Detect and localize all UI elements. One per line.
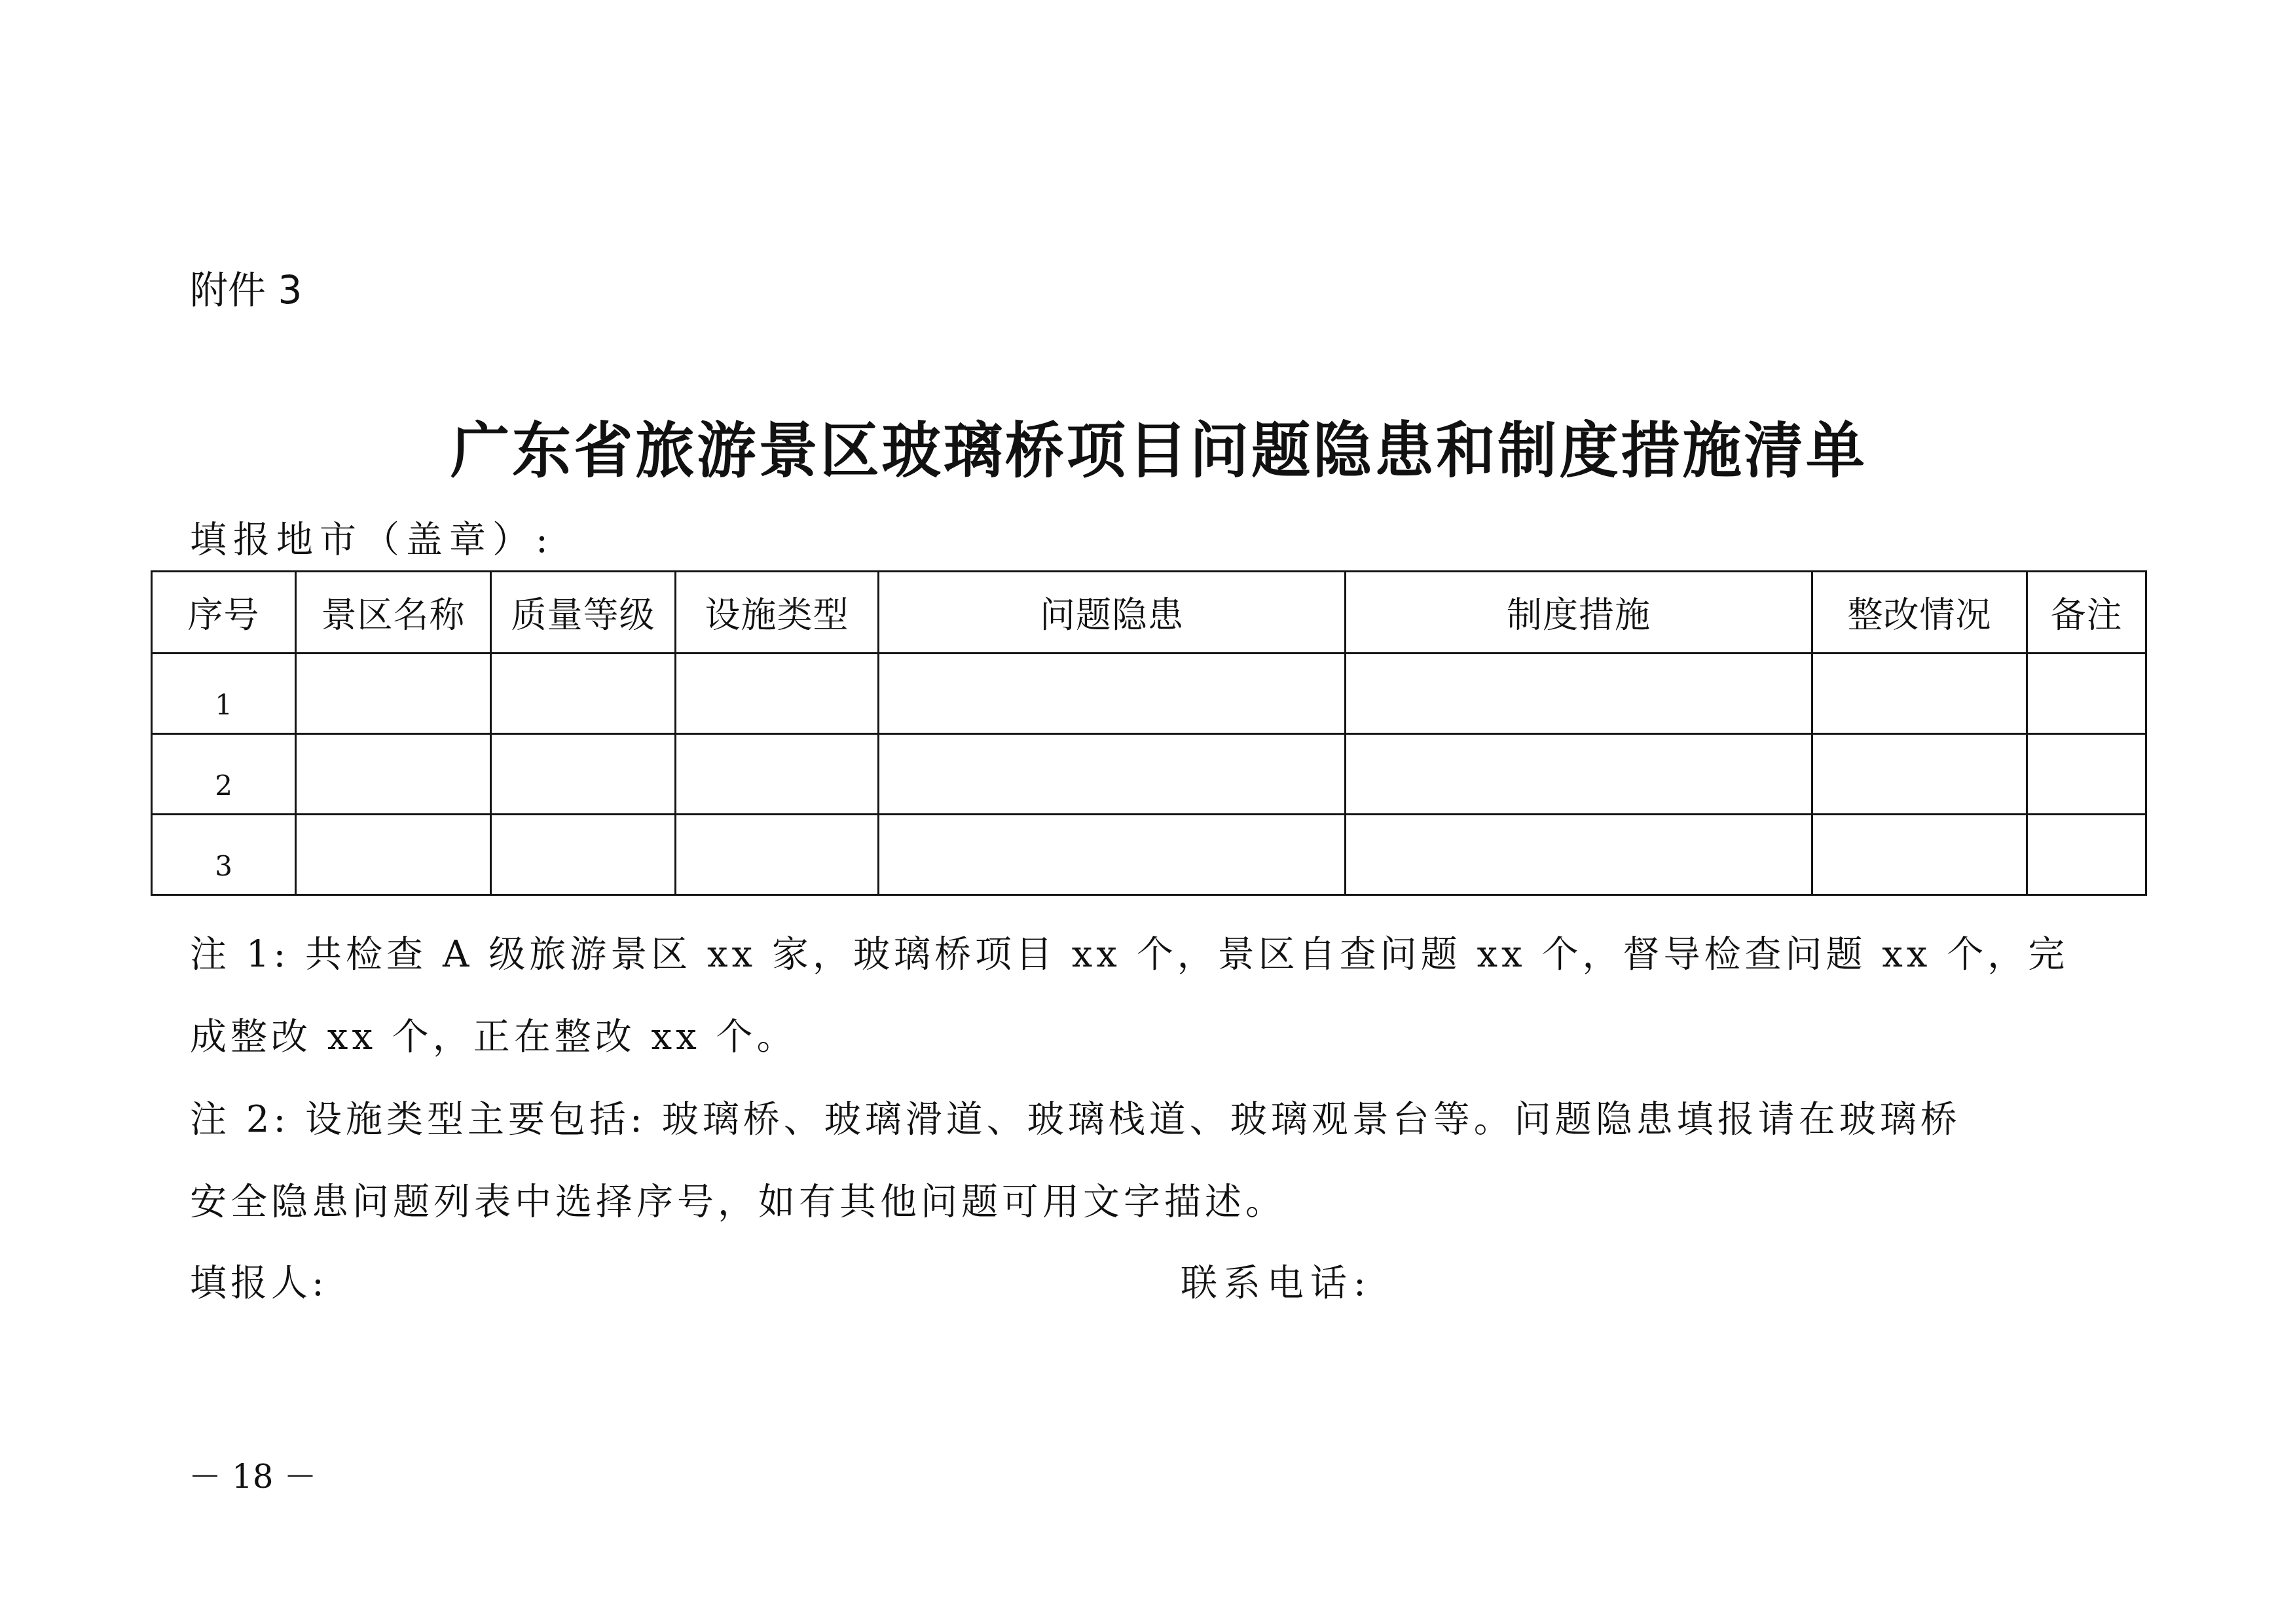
- cell-hazards[interactable]: [879, 815, 1346, 895]
- contact-phone-label: 联系电话:: [1181, 1261, 1372, 1306]
- attachment-label: 附件 3: [190, 267, 302, 313]
- cell-scenic-area[interactable]: [296, 734, 491, 815]
- cell-rectification[interactable]: [1812, 815, 2027, 895]
- cell-hazards[interactable]: [879, 654, 1346, 734]
- header-measures: 制度措施: [1346, 572, 1812, 654]
- cell-rectification[interactable]: [1812, 654, 2027, 734]
- cell-quality-level[interactable]: [491, 654, 676, 734]
- header-rectification: 整改情况: [1812, 572, 2027, 654]
- cell-rectification[interactable]: [1812, 734, 2027, 815]
- header-remarks: 备注: [2027, 572, 2146, 654]
- cell-scenic-area[interactable]: [296, 815, 491, 895]
- cell-facility-type[interactable]: [676, 815, 879, 895]
- header-index: 序号: [152, 572, 296, 654]
- cell-hazards[interactable]: [879, 734, 1346, 815]
- cell-quality-level[interactable]: [491, 734, 676, 815]
- cell-index: 2: [152, 734, 296, 815]
- cell-index: 1: [152, 654, 296, 734]
- note-2-line-2: 安全隐患问题列表中选择序号，如有其他问题可用文字描述。: [190, 1179, 1286, 1225]
- page-number: － 18 －: [189, 1457, 316, 1496]
- cell-facility-type[interactable]: [676, 734, 879, 815]
- note-1-line-2: 成整改 xx 个，正在整改 xx 个。: [190, 1014, 798, 1060]
- filler-label: 填报人:: [190, 1261, 328, 1306]
- note-2-line-1: 注 2: 设施类型主要包括: 玻璃桥、玻璃滑道、玻璃栈道、玻璃观景台等。问题隐患…: [190, 1097, 1961, 1143]
- document-title: 广东省旅游景区玻璃桥项目问题隐患和制度措施清单: [450, 411, 1867, 490]
- table-row: 3: [152, 815, 2146, 895]
- header-hazards: 问题隐患: [879, 572, 1346, 654]
- cell-measures[interactable]: [1346, 734, 1812, 815]
- table-row: 2: [152, 734, 2146, 815]
- header-quality-level: 质量等级: [491, 572, 676, 654]
- cell-scenic-area[interactable]: [296, 654, 491, 734]
- cell-measures[interactable]: [1346, 654, 1812, 734]
- table-header-row: 序号 景区名称 质量等级 设施类型 问题隐患 制度措施 整改情况 备注: [152, 572, 2146, 654]
- hazard-measures-table: 序号 景区名称 质量等级 设施类型 问题隐患 制度措施 整改情况 备注 1 2: [151, 570, 2147, 896]
- cell-remarks[interactable]: [2027, 734, 2146, 815]
- cell-index: 3: [152, 815, 296, 895]
- header-facility-type: 设施类型: [676, 572, 879, 654]
- header-scenic-area: 景区名称: [296, 572, 491, 654]
- note-1-line-1: 注 1: 共检查 A 级旅游景区 xx 家，玻璃桥项目 xx 个，景区自查问题 …: [190, 932, 2068, 978]
- region-seal-label: 填报地市（盖章）:: [190, 517, 555, 563]
- cell-remarks[interactable]: [2027, 815, 2146, 895]
- cell-facility-type[interactable]: [676, 654, 879, 734]
- cell-measures[interactable]: [1346, 815, 1812, 895]
- table-row: 1: [152, 654, 2146, 734]
- cell-quality-level[interactable]: [491, 815, 676, 895]
- cell-remarks[interactable]: [2027, 654, 2146, 734]
